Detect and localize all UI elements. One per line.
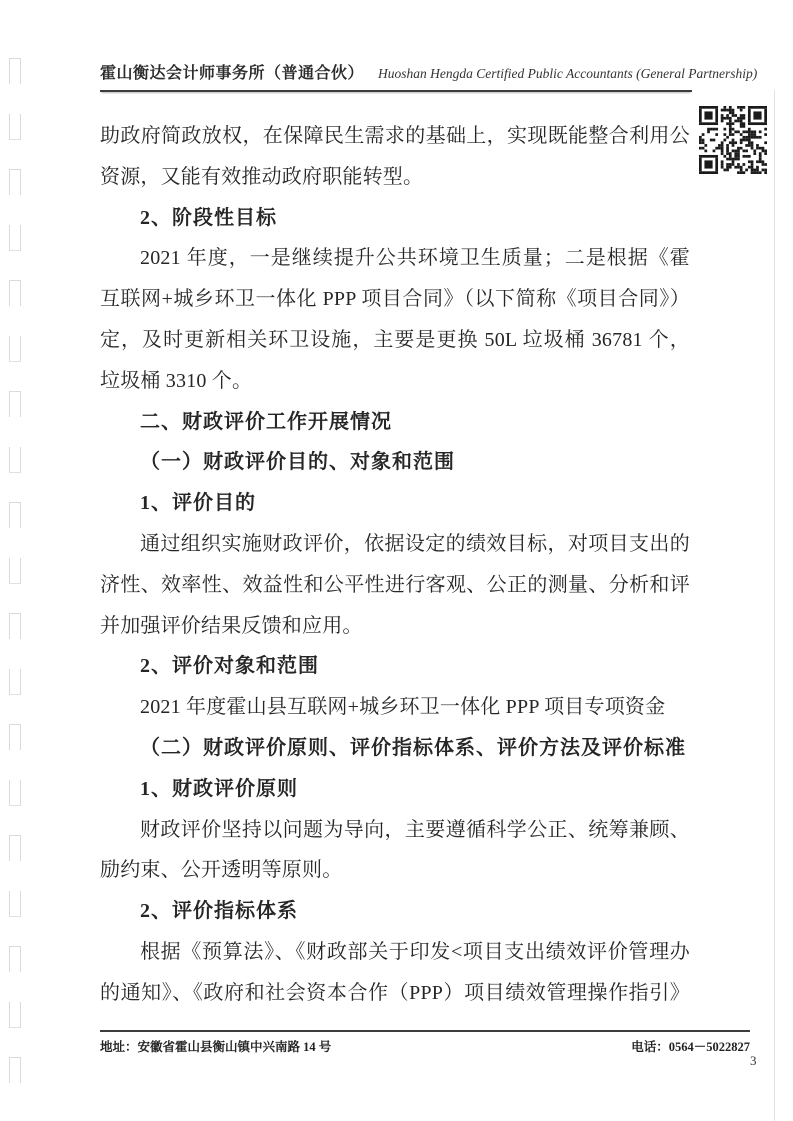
heading-line: （一）财政评价目的、对象和范围 [100,442,690,483]
binding-punch-mark-icon [9,280,21,306]
text-line: 财政评价坚持以问题为导向，主要遵循科学公正、统筹兼顾、激 [100,810,690,851]
binding-punch-mark-icon [9,780,21,806]
page-footer: 地址：安徽省霍山县衡山镇中兴南路 14 号 电话：0564－5022827 [100,1030,750,1055]
heading-line: （二）财政评价原则、评价指标体系、评价方法及评价标准 [100,728,690,769]
heading-line: 1、财政评价原则 [100,769,690,810]
binding-punch-mark-icon [9,1057,21,1083]
binding-punch-mark-icon [9,114,21,140]
firm-name-chinese: 霍山衡达会计师事务所（普通合伙） [100,65,364,82]
binding-punch-mark-icon [9,58,21,84]
text-line: 定，及时更新相关环卫设施，主要是更换 50L 垃圾桶 36781 个，240L [100,320,690,361]
footer-phone: 电话：0564－5022827 [631,1037,750,1055]
binding-punch-mark-icon [9,669,21,695]
binding-punch-mark-icon [9,835,21,861]
firm-name-english: Huoshan Hengda Certified Public Accounta… [378,66,757,81]
text-line: 励约束、公开透明等原则。 [100,850,690,891]
binding-punch-mark-icon [9,613,21,639]
text-line: 根据《预算法》、《财政部关于印发<项目支出绩效评价管理办法> [100,932,690,973]
qr-code-icon [699,106,767,174]
binding-punch-mark-icon [9,225,21,251]
heading-line: 2、评价指标体系 [100,891,690,932]
binding-punch-mark-icon [9,891,21,917]
text-line: 资源，又能有效推动政府职能转型。 [100,157,690,198]
document-page: 霍山衡达会计师事务所（普通合伙）Huoshan Hengda Certified… [0,0,793,1121]
text-line: 2021 年度霍山县互联网+城乡环卫一体化 PPP 项目专项资金 [100,687,690,728]
text-line: 垃圾桶 3310 个。 [100,361,690,402]
heading-line: 2、评价对象和范围 [100,646,690,687]
document-body: 助政府简政放权，在保障民生需求的基础上，实现既能整合利用公共资源，又能有效推动政… [100,116,690,1014]
binding-punch-mark-icon [9,946,21,972]
text-line: 并加强评价结果反馈和应用。 [100,606,690,647]
binding-punch-mark-icon [9,1002,21,1028]
binding-punch-mark-icon [9,558,21,584]
text-line: 互联网+城乡环卫一体化 PPP 项目合同》（以下简称《项目合同》）规 [100,279,690,320]
binding-punch-mark-icon [9,724,21,750]
binding-punch-mark-icon [9,391,21,417]
binding-punch-mark-icon [9,336,21,362]
page-header: 霍山衡达会计师事务所（普通合伙）Huoshan Hengda Certified… [100,60,692,92]
footer-address: 地址：安徽省霍山县衡山镇中兴南路 14 号 [100,1037,331,1055]
binding-punch-mark-icon [9,502,21,528]
page-edge-shadow [774,90,775,1121]
text-line: 2021 年度，一是继续提升公共环境卫生质量；二是根据《霍山县 [100,238,690,279]
text-line: 的通知》、《政府和社会资本合作（PPP）项目绩效管理操作指引》要 [100,973,690,1014]
page-number: 3 [750,1053,757,1069]
binding-punch-marks [0,0,40,1121]
binding-punch-mark-icon [9,447,21,473]
text-line: 通过组织实施财政评价，依据设定的绩效目标，对项目支出的经 [100,524,690,565]
binding-punch-mark-icon [9,169,21,195]
heading-line: 二、财政评价工作开展情况 [100,402,690,443]
text-line: 济性、效率性、效益性和公平性进行客观、公正的测量、分析和评判， [100,565,690,606]
heading-line: 2、阶段性目标 [100,198,690,239]
heading-line: 1、评价目的 [100,483,690,524]
text-line: 助政府简政放权，在保障民生需求的基础上，实现既能整合利用公共 [100,116,690,157]
